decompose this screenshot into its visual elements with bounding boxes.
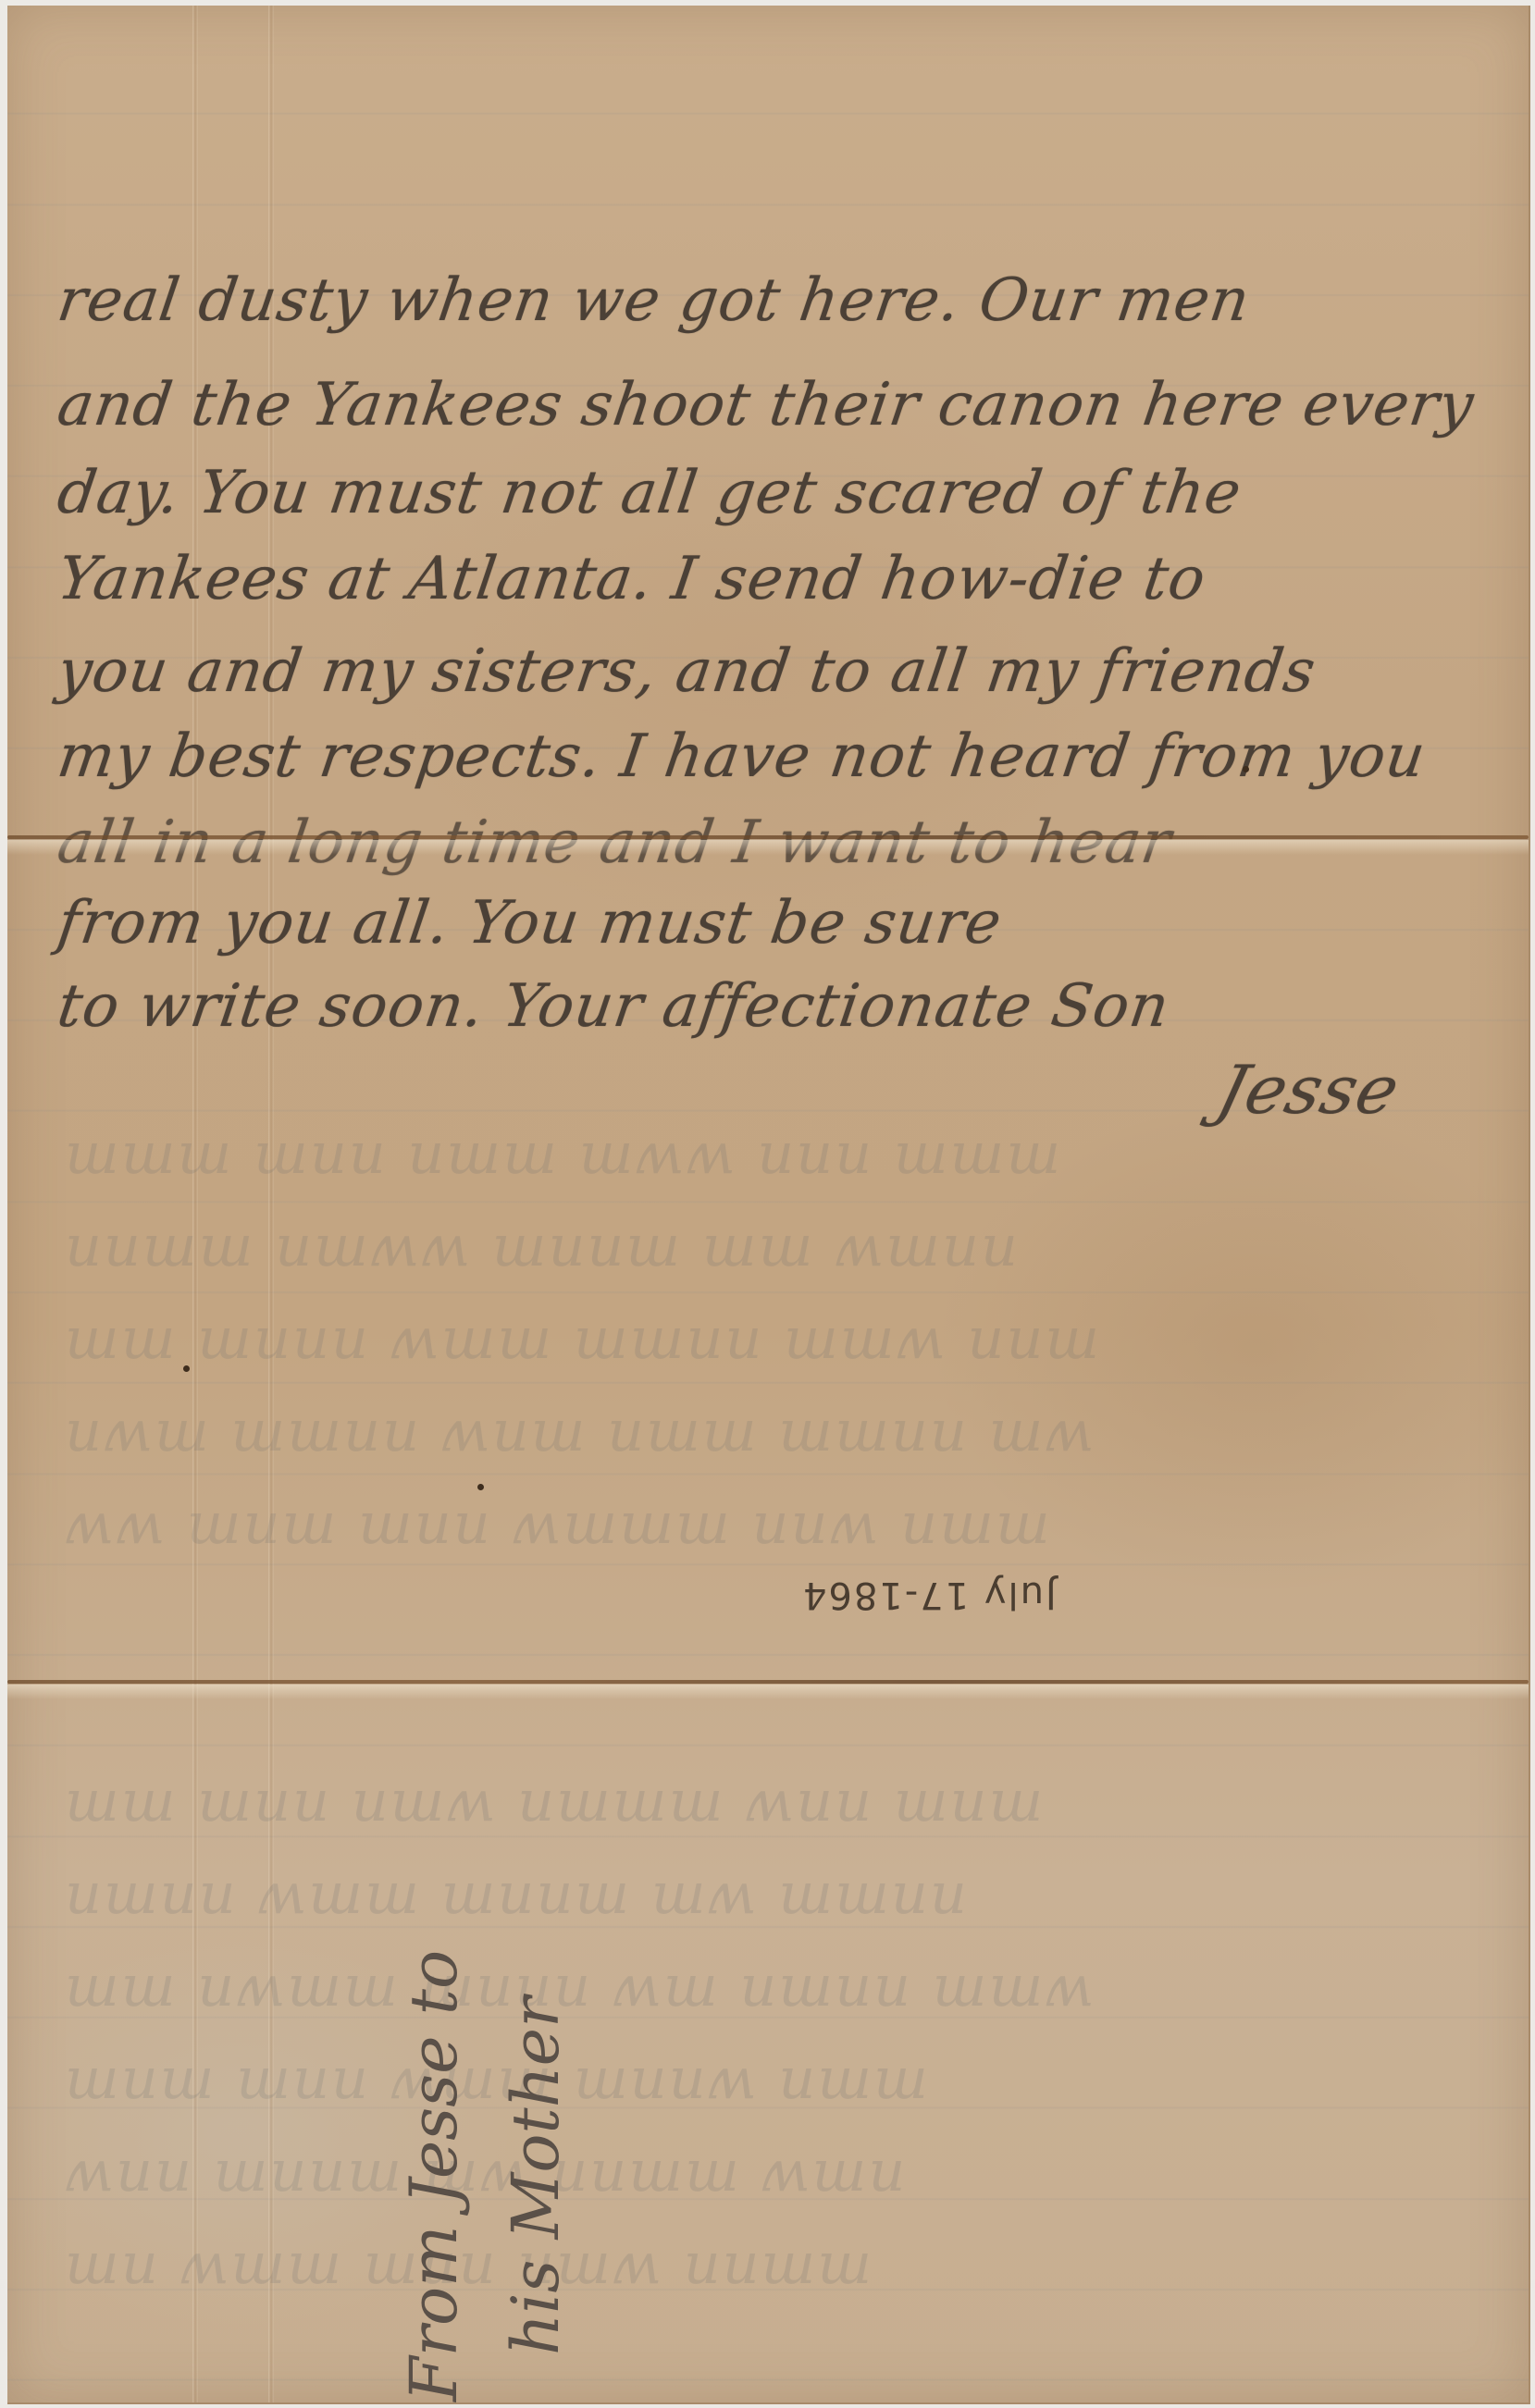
date-annotation: July 17-1864 xyxy=(801,1574,1057,1616)
ink-speck xyxy=(1243,766,1249,772)
signature: Jesse xyxy=(1210,1051,1408,1129)
letter-line-4: Yankees at Atlanta. I send how-die to xyxy=(54,545,1210,613)
bleed-through-text: mnn wmm nnmm mmw nnnm mm xyxy=(63,1315,1099,1382)
ink-speck xyxy=(183,1365,190,1372)
docket-line-2: his Mother xyxy=(498,1996,574,2355)
bleed-through-text: wmm nnmn mw nnnm mmwn mm xyxy=(63,1962,1094,2030)
letter-line-2: and the Yankees shoot their canon here e… xyxy=(54,371,1479,439)
bleed-through-text: mmn wnnm mmw nnm mnm xyxy=(63,2055,928,2122)
fold-crease-upper xyxy=(7,835,1529,856)
letter-line-5: you and my sisters, and to all my friend… xyxy=(54,637,1320,706)
docket-line-1: From Jesse to xyxy=(396,1950,472,2402)
vertical-stain-line xyxy=(268,6,274,2402)
vertical-stain-line xyxy=(192,6,198,2402)
letter-page: mmm nnn wwm mmn nnm mmm nnmw mm mnnm wwm… xyxy=(7,6,1530,2404)
bleed-through-text: mnm nnw mmmn wmn nnm mm xyxy=(63,1777,1043,1845)
letter-line-1: real dusty when we got here. Our men xyxy=(54,266,1255,335)
bleed-through-text: nnmm wm mnnm mmw nnmn xyxy=(63,1870,967,1937)
ink-speck xyxy=(477,1484,484,1490)
bleed-through-text: mmn wnn mmmw nnm mnm ww xyxy=(63,1500,1050,1567)
letter-line-9: to write soon. Your affectionate Son xyxy=(54,972,1174,1041)
bleed-through-text: wm nnmm mmn mnw nnmm mwn xyxy=(63,1407,1094,1475)
fold-crease-lower xyxy=(7,1680,1529,1700)
bleed-through-text: nnmw mm mnnm wwmn mmnn xyxy=(63,1222,1018,1290)
letter-line-6: my best respects. I have not heard from … xyxy=(54,722,1430,791)
bleed-through-text: nmw mmnn wm mnnm nnw xyxy=(63,2147,905,2215)
ruled-lines xyxy=(7,6,1529,2402)
letter-line-3: day. You must not all get scared of the xyxy=(54,459,1246,527)
bleed-through-text: mmm nnn wwm mmn nnm mmm xyxy=(63,1130,1060,1197)
letter-line-8: from you all. You must be sure xyxy=(54,889,1007,957)
